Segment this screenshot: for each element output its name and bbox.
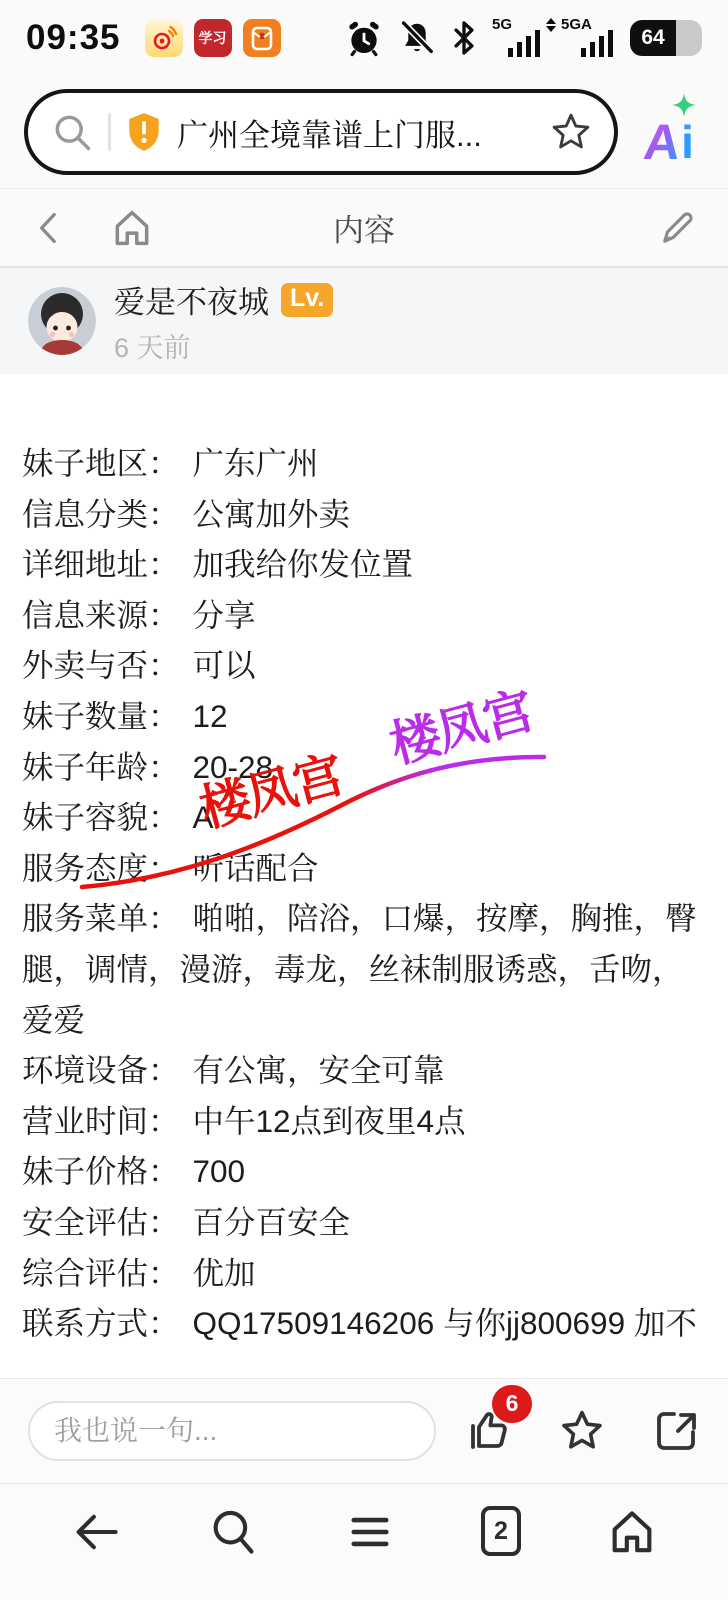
edit-pencil-icon[interactable] <box>656 207 698 249</box>
red-packet-notification-icon <box>243 19 281 57</box>
post-author-band: 爱是不夜城 Lv. 6 天前 <box>0 266 728 374</box>
comment-input[interactable] <box>28 1401 436 1461</box>
avatar[interactable] <box>28 287 96 355</box>
bookmark-star-icon[interactable] <box>548 109 594 155</box>
nav-home-icon[interactable] <box>606 1506 658 1558</box>
field-info-category: 信息分类：公寓加外卖 <box>22 489 706 540</box>
field-service-menu: 服务菜单：啪啪，陪浴，口爆，按摩，胸推，臀腿，调情，漫游，毒龙，丝袜制服诱惑，舌… <box>22 893 706 1045</box>
field-service-attitude: 服务态度：听话配合 <box>22 843 706 894</box>
field-environment: 环境设备：有公寓，安全可靠 <box>22 1045 706 1096</box>
browser-bottom-nav: 2 <box>0 1483 728 1600</box>
field-business-hours: 营业时间：中午12点到夜里4点 <box>22 1096 706 1147</box>
status-bar-right: 5G 5GA 64 <box>345 17 702 59</box>
like-button[interactable]: 6 <box>464 1405 512 1458</box>
browser-chrome-top: 09:35 学习 <box>0 0 728 266</box>
status-bar: 09:35 学习 <box>0 0 728 76</box>
sparkle-icon <box>672 93 696 117</box>
tab-count: 2 <box>494 1517 508 1546</box>
bluetooth-icon <box>451 19 477 57</box>
nav-search-icon[interactable] <box>207 1506 259 1558</box>
ai-logo-letter-a: A <box>641 115 683 169</box>
home-icon[interactable] <box>110 206 154 250</box>
battery-icon: 64 <box>630 20 702 56</box>
search-row: 广州全境靠谱上门服... Ai <box>0 76 728 188</box>
weibo-eye-icon <box>149 23 179 53</box>
field-girl-count: 妹子数量：12 <box>22 691 706 742</box>
page-nav-bar: 内容 <box>0 188 728 266</box>
field-address: 详细地址：加我给你发位置 <box>22 539 706 590</box>
ai-assistant-button[interactable]: Ai <box>634 95 704 169</box>
field-safety: 安全评估：百分百安全 <box>22 1197 706 1248</box>
share-icon[interactable] <box>652 1407 700 1455</box>
divider <box>108 113 111 151</box>
field-girl-area: 妹子地区：广东广州 <box>22 438 706 489</box>
post-timestamp: 6 天前 <box>114 326 333 365</box>
clock-time: 09:35 <box>26 18 121 58</box>
author-name[interactable]: 爱是不夜城 <box>114 277 269 322</box>
back-chevron-icon[interactable] <box>30 208 70 248</box>
signal-sim2: 5GA <box>557 17 615 59</box>
field-outcall: 外卖与否：可以 <box>22 640 706 691</box>
like-count-badge: 6 <box>492 1385 532 1423</box>
page-title-query: 广州全境靠谱上门服... <box>177 110 534 155</box>
nav-tabs-button[interactable]: 2 <box>481 1506 521 1556</box>
notification-app-icons: 学习 <box>145 19 281 57</box>
field-contact: 联系方式：QQ17509146206 与你jj800699 加不 <box>22 1298 706 1349</box>
xuexi-notification-icon: 学习 <box>194 19 232 57</box>
field-info-source: 信息来源：分享 <box>22 590 706 641</box>
alarm-icon <box>345 19 383 57</box>
nav-menu-icon[interactable] <box>344 1506 396 1558</box>
field-girl-looks: 妹子容貌：A <box>22 792 706 843</box>
level-badge: Lv. <box>281 283 333 317</box>
signal-bars-icon <box>581 29 615 57</box>
field-overall: 综合评估：优加 <box>22 1248 706 1299</box>
signal-bars-icon <box>508 29 542 57</box>
comment-bar: 6 <box>0 1378 728 1483</box>
envelope-icon <box>247 23 277 53</box>
ai-logo-letter-i: i <box>681 115 694 169</box>
weibo-notification-icon <box>145 19 183 57</box>
post-content: 妹子地区：广东广州 信息分类：公寓加外卖 详细地址：加我给你发位置 信息来源：分… <box>0 374 728 1378</box>
search-icon <box>50 110 94 154</box>
favorite-star-icon[interactable] <box>558 1407 606 1455</box>
data-updown-arrows-icon <box>546 18 556 32</box>
signal-sim1: 5G <box>492 17 542 59</box>
address-search-bar[interactable]: 广州全境靠谱上门服... <box>24 89 618 175</box>
battery-percent: 64 <box>641 26 664 50</box>
nav-back-icon[interactable] <box>70 1506 122 1558</box>
field-girl-age: 妹子年龄：20-28 <box>22 742 706 793</box>
field-price: 妹子价格：700 <box>22 1146 706 1197</box>
mute-bell-icon <box>398 19 436 57</box>
xuexi-label: 学习 <box>199 28 227 48</box>
site-warning-shield-icon[interactable] <box>125 111 163 153</box>
